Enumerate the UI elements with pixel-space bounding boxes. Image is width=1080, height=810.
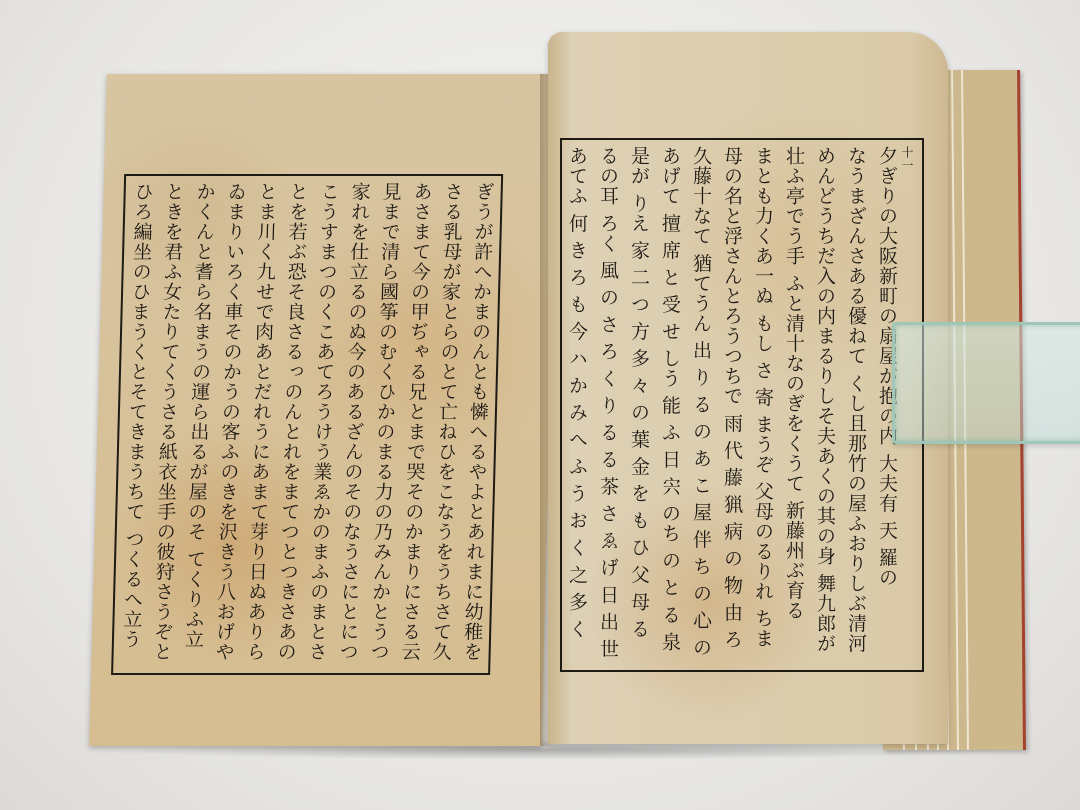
- text-column: 母の名と浮さんとろうつちで 雨 代 藤 猟 病 の 物 由 ろ 翁 るを: [721, 146, 743, 664]
- text-column: こうすまつのくこあてろうけう業ゑかのまふのまとさけもきぃ史らの: [305, 182, 340, 667]
- text-column: ぎうが許へかまのんとも憐へるやよとあれまに幼稚を兄とそだてられ: [460, 182, 495, 667]
- text-column: るの耳 ろく 風 の さ ろ く り る る 茶 さ ゑ げ 日 出 世 え つ…: [597, 146, 619, 664]
- text-column: とま川く九せで肉あとだれうにあまて芽り日ぬありらと私そるすだ: [243, 182, 278, 667]
- text-column: あげて 擅 席 と 受 せ しう 能 ふ 日 宍 のち の と る 泉 と ろ …: [659, 146, 681, 664]
- text-column: 見まで清ら國筝のむくひかのまる力の乃みんかとうつうぐんれのと: [367, 182, 402, 667]
- text-column: まとも力くあ一ぬ もし さ 寄 まうぞ 父母のるりれ ちまきちれ 私でら: [752, 146, 774, 664]
- text-column: なうまざんさある優ねて くし且那竹の屋ふおりしぶ清河の遊: [845, 146, 867, 664]
- text-column: とを若ぶ恐そ良さるっのんとれをまてつとつきさあの大の上気: [274, 182, 309, 667]
- text-column: さる乳母が家とらのとて亡ねひをこなうをうちさて久藤ハ仵たらぶ動: [429, 182, 464, 667]
- left-text-frame: ぎうが許へかまのんとも憐へるやよとあれまに幼稚を兄とそだてられ さる乳母が家とら…: [111, 174, 503, 675]
- text-column: 久藤十なて 猶てうん 出 り る の あ こ 屋 伴 ち の 心 の ち の と…: [690, 146, 712, 664]
- text-column: 是が りえ 家 二 つ 方 多 々 の 葉 金 を も ひ 父 母 る 今 の …: [628, 146, 650, 664]
- glass-slide: [892, 322, 1080, 444]
- text-column: 家れを仕立るのぬ今のあるざんのそのなうさにとにつせとゐ栄: [336, 182, 371, 667]
- text-column: めんどうちだ入の内まるりしそ夫あくの其の身 舞九郎がよしと: [814, 146, 836, 664]
- left-page: ぎうが許へかまのんとも憐へるやよとあれまに幼稚を兄とそだてられ さる乳母が家とら…: [89, 74, 559, 746]
- text-column: ゐまりいろく車そのかうの客ふのきを沢きう八おげやへがきえ: [212, 182, 247, 667]
- text-column: ときを君ふ女たりてくうさる紙衣坐手の彼狩さうぞとそさいれ気: [150, 182, 185, 667]
- text-column: かくんと耆ら名まうの運ら出るが屋のそ てくりふ立さ: [181, 182, 216, 667]
- text-column: あてふ 何 き ろ も 今 ハ か み へ ふ う お く 之 多 く の と …: [566, 146, 588, 664]
- text-column: ひろ編坐のひまうくとそてきまうちて つくるへ立うつりのふ夕: [119, 182, 154, 667]
- text-column: あさまて今の甲ぢゃる兄とまで哭そのかまりにさる云んかさるく: [398, 182, 433, 667]
- right-text-frame: 十一 夕ぎりの大阪新町の扇屋が抱の内 大夫有 天 羅の なうまざんさある優ねて …: [560, 138, 924, 672]
- right-page: 十一 夕ぎりの大阪新町の扇屋が抱の内 大夫有 天 羅の なうまざんさある優ねて …: [548, 32, 948, 744]
- text-column: 壮ふ亭でう手 ふと清十なのぎをくうて 新藤州ぶ育る: [783, 146, 805, 664]
